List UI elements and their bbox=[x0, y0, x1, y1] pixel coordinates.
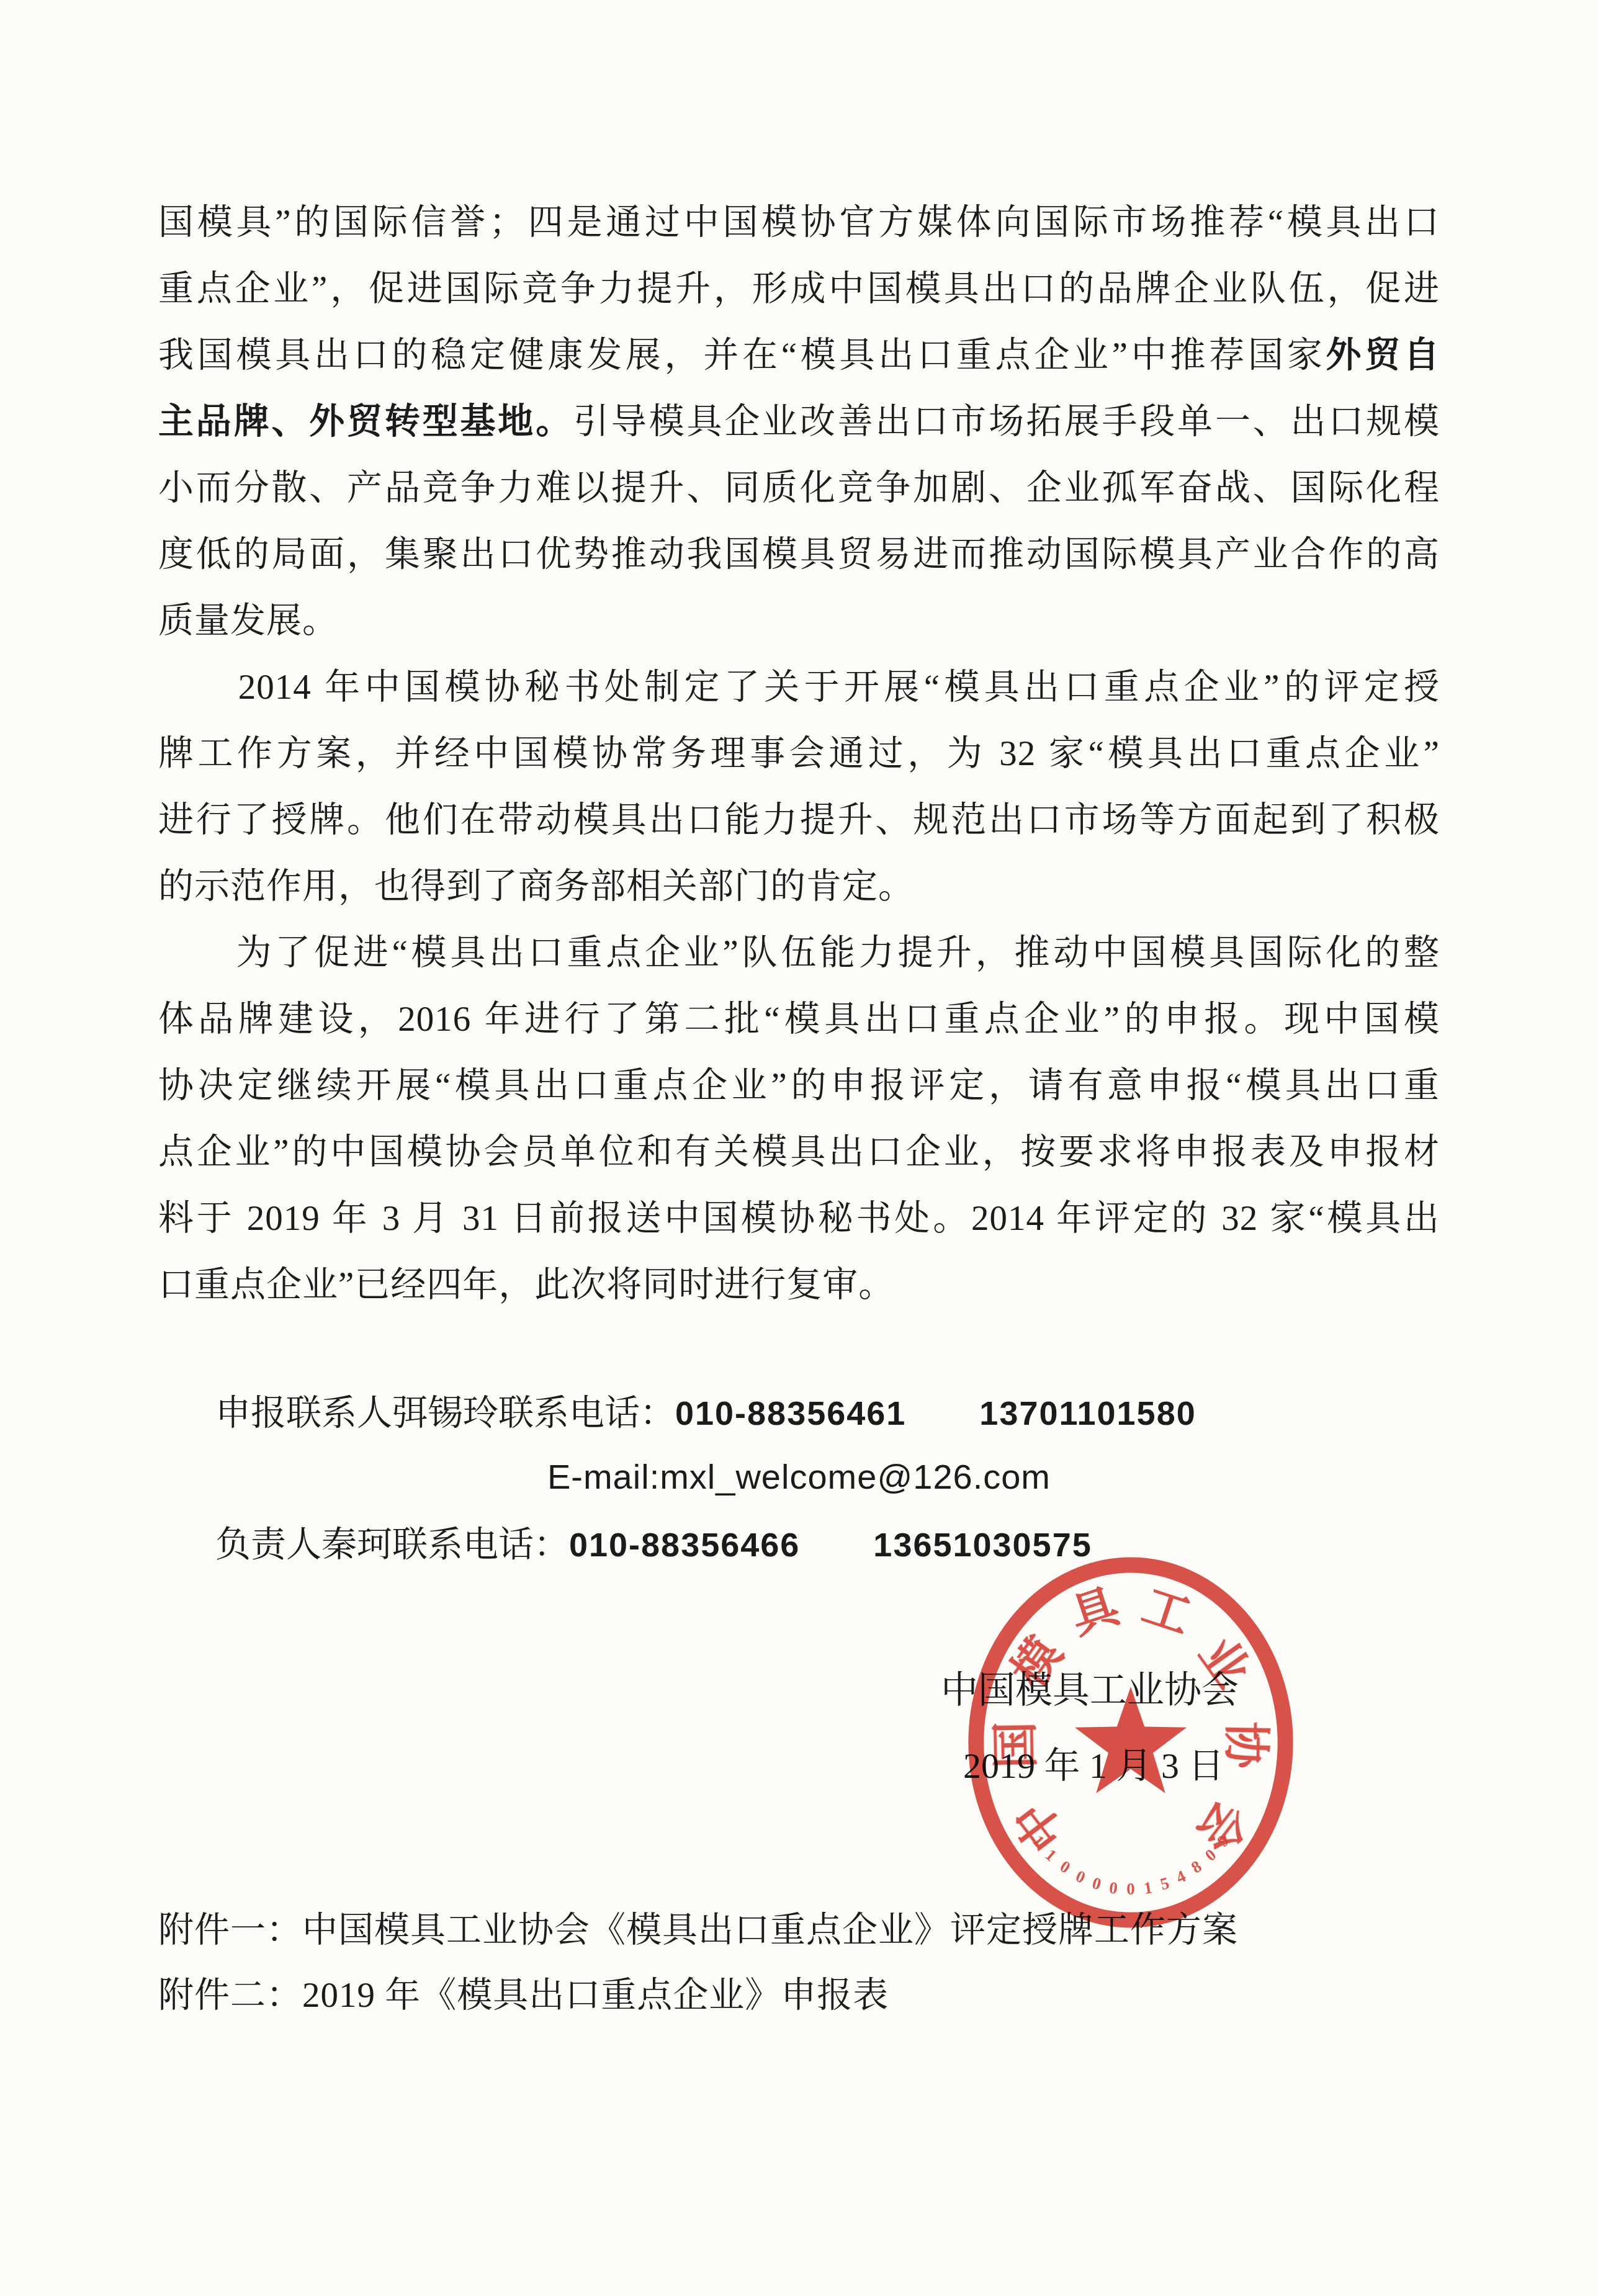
seal-serial-digit: 0 bbox=[1073, 1867, 1088, 1887]
attachment-line: 附件二：2019 年《模具出口重点企业》申报表 bbox=[158, 1963, 1238, 2028]
seal-serial-digit: 1 bbox=[1142, 1878, 1153, 1898]
contact-line-applicant: 申报联系人弭锡玲联系电话：010-8835646113701101580 bbox=[215, 1392, 1196, 1435]
body-line: 小而分散、产品竞争力难以提升、同质化竞争加剧、企业孤军奋战、国际化程 bbox=[158, 455, 1440, 521]
body-line-text: 点企业”的中国模协会员单位和有关模具出口企业，按要求将申报表及申报材 bbox=[158, 1132, 1440, 1172]
seal-serial-digit: 4 bbox=[1173, 1867, 1188, 1887]
body-line-text: 的示范作用，也得到了商务部相关部门的肯定。 bbox=[158, 867, 914, 906]
seal-ring-char: 工 bbox=[1136, 1580, 1197, 1644]
body-line-text: 引导模具企业改善出口市场拓展手段单一、出口规模 bbox=[573, 402, 1440, 441]
body-line: 口重点企业”已经四年，此次将同时进行复审。 bbox=[158, 1252, 1440, 1318]
contact-line-manager: 负责人秦珂联系电话：010-8835646613651030575 bbox=[215, 1523, 1092, 1567]
body-line-text: 重点企业”，促进国际竞争力提升，形成中国模具出口的品牌企业队伍，促进 bbox=[158, 269, 1440, 308]
seal-ring-char: 国 bbox=[990, 1721, 1043, 1769]
contact-label: 申报联系人弭锡玲联系电话： bbox=[215, 1394, 675, 1433]
body-line-text: 国模具”的国际信誉；四是通过中国模协官方媒体向国际市场推荐“模具出口 bbox=[158, 203, 1440, 242]
seal-serial-digit: 0 bbox=[1090, 1873, 1103, 1894]
body-line: 国模具”的国际信誉；四是通过中国模协官方媒体向国际市场推荐“模具出口 bbox=[158, 189, 1440, 256]
body-line-text: 牌工作方案，并经中国模协常务理事会通过，为 32 家“模具出口重点企业” bbox=[158, 734, 1440, 773]
contact-phone-office: 010-88356466 bbox=[569, 1527, 800, 1564]
body-line-bold: 外贸自 bbox=[1326, 336, 1440, 375]
body-line: 为了促进“模具出口重点企业”队伍能力提升，推动中国模具国际化的整 bbox=[158, 920, 1440, 986]
body-line: 主品牌、外贸转型基地。引导模具企业改善出口市场拓展手段单一、出口规模 bbox=[158, 388, 1440, 455]
official-seal-stamp: 中 国 模 具 工 业 协 会 1 1 0 0 0 0 0 1 5 4 8 0 … bbox=[966, 1554, 1296, 1931]
body-line: 度低的局面，集聚出口优势推动我国模具贸易进而推动国际模具产业合作的高 bbox=[158, 521, 1440, 588]
seal-ring-char: 协 bbox=[1219, 1721, 1272, 1770]
seal-serial-digit: 5 bbox=[1158, 1873, 1171, 1894]
body-line-text: 为了促进“模具出口重点企业”队伍能力提升，推动中国模具国际化的整 bbox=[158, 933, 1440, 972]
body-line: 我国模具出口的稳定健康发展，并在“模具出口重点企业”中推荐国家外贸自 bbox=[158, 322, 1440, 388]
body-line-bold: 主品牌、外贸转型基地。 bbox=[158, 402, 573, 441]
body-line-text: 料于 2019 年 3 月 31 日前报送中国模协秘书处。2014 年评定的 3… bbox=[158, 1199, 1440, 1238]
body-line-text: 口重点企业”已经四年，此次将同时进行复审。 bbox=[158, 1265, 894, 1304]
body-line-text: 质量发展。 bbox=[158, 601, 338, 640]
seal-serial-digit: 0 bbox=[1126, 1880, 1134, 1898]
body-line: 质量发展。 bbox=[158, 588, 1440, 654]
body-line-text: 小而分散、产品竞争力难以提升、同质化竞争加剧、企业孤军奋战、国际化程 bbox=[158, 469, 1440, 508]
body-line: 体品牌建设，2016 年进行了第二批“模具出口重点企业”的申报。现中国模 bbox=[158, 986, 1440, 1052]
body-line: 进行了授牌。他们在带动模具出口能力提升、规范出口市场等方面起到了积极 bbox=[158, 787, 1440, 853]
seal-ring-char: 具 bbox=[1064, 1579, 1127, 1644]
seal-serial-digit: 8 bbox=[1188, 1857, 1205, 1877]
seal-star-icon bbox=[1075, 1687, 1187, 1793]
body-line-text: 度低的局面，集聚出口优势推动我国模具贸易进而推动国际模具产业合作的高 bbox=[158, 535, 1440, 574]
body-line-text: 我国模具出口的稳定健康发展，并在“模具出口重点企业”中推荐国家 bbox=[158, 336, 1326, 375]
body-line-text: 协决定继续开展“模具出口重点企业”的申报评定，请有意申报“模具出口重 bbox=[158, 1066, 1440, 1105]
seal-serial-digit: 0 bbox=[1108, 1878, 1118, 1898]
body-line: 重点企业”，促进国际竞争力提升，形成中国模具出口的品牌企业队伍，促进 bbox=[158, 256, 1440, 322]
seal-serial-digit: 0 bbox=[1057, 1857, 1074, 1877]
contact-phone-mobile: 13701101580 bbox=[979, 1395, 1196, 1432]
contact-phone-office: 010-88356461 bbox=[675, 1395, 906, 1432]
body-line: 2014 年中国模协秘书处制定了关于开展“模具出口重点企业”的评定授 bbox=[158, 654, 1440, 720]
body-line-text: 2014 年中国模协秘书处制定了关于开展“模具出口重点企业”的评定授 bbox=[158, 668, 1440, 707]
body-text-block: 国模具”的国际信誉；四是通过中国模协官方媒体向国际市场推荐“模具出口 重点企业”… bbox=[158, 189, 1440, 1318]
body-line-text: 体品牌建设，2016 年进行了第二批“模具出口重点企业”的申报。现中国模 bbox=[158, 1000, 1440, 1039]
body-line: 点企业”的中国模协会员单位和有关模具出口企业，按要求将申报表及申报材 bbox=[158, 1119, 1440, 1185]
body-line: 协决定继续开展“模具出口重点企业”的申报评定，请有意申报“模具出口重 bbox=[158, 1052, 1440, 1119]
body-line: 料于 2019 年 3 月 31 日前报送中国模协秘书处。2014 年评定的 3… bbox=[158, 1185, 1440, 1252]
scanned-letter-page: 国模具”的国际信誉；四是通过中国模协官方媒体向国际市场推荐“模具出口 重点企业”… bbox=[0, 0, 1598, 2296]
body-line-text: 进行了授牌。他们在带动模具出口能力提升、规范出口市场等方面起到了积极 bbox=[158, 800, 1440, 840]
body-line: 牌工作方案，并经中国模协常务理事会通过，为 32 家“模具出口重点企业” bbox=[158, 720, 1440, 787]
contact-email: E-mail:mxl_welcome@126.com bbox=[0, 1456, 1598, 1497]
contact-label: 负责人秦珂联系电话： bbox=[215, 1525, 569, 1564]
body-line: 的示范作用，也得到了商务部相关部门的肯定。 bbox=[158, 853, 1440, 920]
